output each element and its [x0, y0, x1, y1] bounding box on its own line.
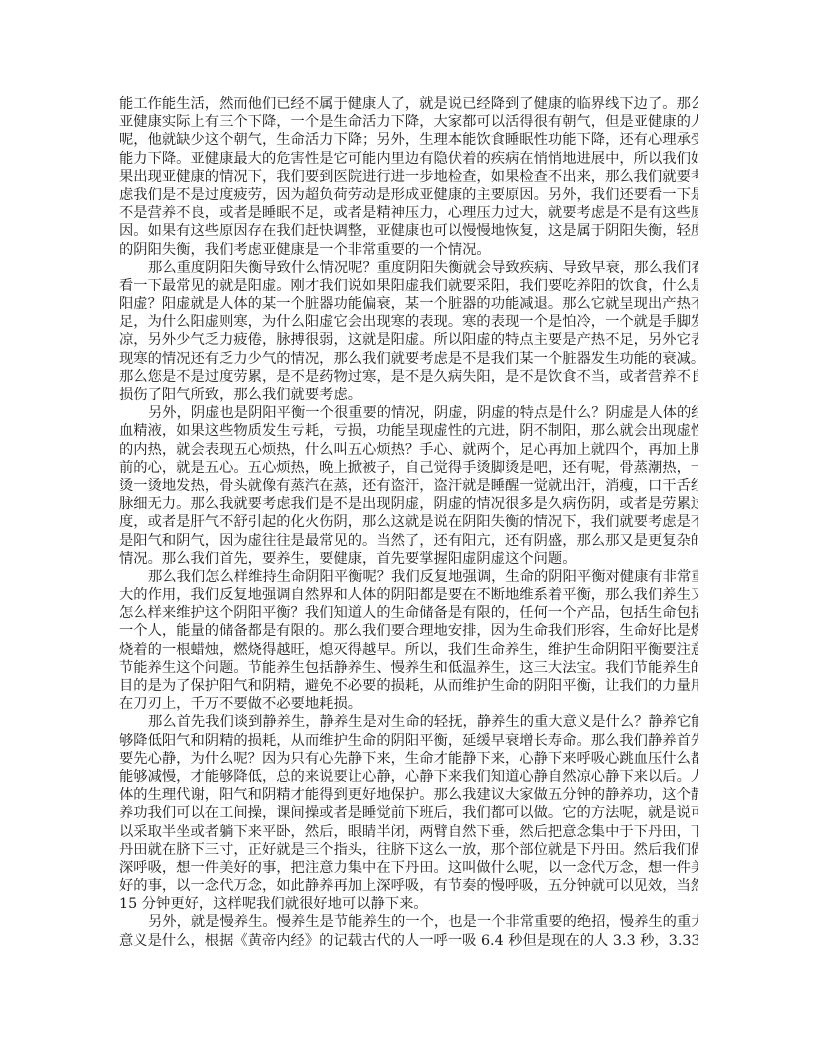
text-line: 呢，他就缺少这个朝气，生命活力下降；另外，生理本能饮食睡眠性功能下降，还有心理承… [119, 131, 698, 149]
text-line: 节能养生这个问题。节能养生包括静养生、慢养生和低温养生，这三大法宝。我们节能养生… [119, 659, 698, 677]
text-line: 度，或者是肝气不舒引起的化火伤阴，那么这就是说在阴阳失衡的情况下，我们就要考虑是… [119, 513, 698, 531]
text-line: 的阴阳失衡，我们考虑亚健康是一个非常重要的一个情况。 [119, 241, 698, 259]
paragraph: 能工作能生活，然而他们已经不属于健康人了，就是说已经降到了健康的临界线下边了。那… [119, 95, 698, 259]
text-line: 15 分钟更好，这样呢我们就很好地可以静下来。 [119, 895, 698, 913]
text-line: 一个人，能量的储备都是有限的。那么我们要合理地安排，因为生命我们形容，生命好比是… [119, 622, 698, 640]
text-line: 那么我们怎么样维持生命阴阳平衡呢？我们反复地强调，生命的阴阳平衡对健康有非常重 [119, 568, 698, 586]
text-line: 在刀刃上，千万不要做不必要地耗损。 [119, 695, 698, 713]
text-line: 目的是为了保护阳气和阴精，避免不必要的损耗，从而维护生命的阴阳平衡，让我们的力量… [119, 677, 698, 695]
text-line: 丹田就在脐下三寸，正好就是三个指头，往脐下这么一放，那个部位就是下丹田。然后我们… [119, 841, 698, 859]
text-line: 前的心，就是五心。五心烦热，晚上掀被子，自己觉得手烫脚烫是吧，还有呢，骨蒸潮热，… [119, 459, 698, 477]
text-line: 能力下降。亚健康最大的危害性是它可能内里边有隐伏着的疾病在悄悄地进展中，所以我们… [119, 150, 698, 168]
text-line: 烫一烫地发热，骨头就像有蒸汽在蒸，还有盗汗，盗汗就是睡醒一觉就出汗，消瘦，口干舌… [119, 477, 698, 495]
text-line: 好的事，以一念代万念，如此静养再加上深呼吸，有节奏的慢呼吸，五分钟就可以见效，当… [119, 877, 698, 895]
text-line: 能工作能生活，然而他们已经不属于健康人了，就是说已经降到了健康的临界线下边了。那… [119, 95, 698, 113]
text-line: 情况。那么我们首先，要养生，要健康，首先要掌握阳虚阴虚这个问题。 [119, 550, 698, 568]
paragraph: 那么我们怎么样维持生命阴阳平衡呢？我们反复地强调，生命的阴阳平衡对健康有非常重大… [119, 568, 698, 714]
text-line: 能够减慢，才能够降低，总的来说要让心静，心静下来我们知道心静自然凉心静下来以后。… [119, 768, 698, 786]
text-line: 是阳气和阴气，因为虚往往是最常见的。当然了，还有阳亢，还有阴盛，那么那又是更复杂… [119, 532, 698, 550]
text-line: 现寒的情况还有乏力少气的情况，那么我们就要考虑是不是我们某一个脏器发生功能的衰减… [119, 350, 698, 368]
text-line: 足，为什么阳虚则寒，为什么阳虚它会出现寒的表现。寒的表现一个是怕冷，一个就是手脚… [119, 313, 698, 331]
text-line: 亚健康实际上有三个下降，一个是生命活力下降，大家都可以活得很有朝气，但是亚健康的… [119, 113, 698, 131]
text-line: 阳虚？阳虚就是人体的某一个脏器功能偏衰，某一个脏器的功能减退。那么它就呈现出产热… [119, 295, 698, 313]
text-line: 烧着的一根蜡烛，燃烧得越旺，熄灭得越早。所以，我们生命养生，维护生命阴阳平衡要注… [119, 641, 698, 659]
text-line: 那么首先我们谈到静养生，静养生是对生命的轻抚，静养生的重大意义是什么？静养它能 [119, 713, 698, 731]
text-line: 够降低阳气和阴精的损耗，从而维护生命的阴阳平衡，延缓早衰增长寿命。那么我们静养首… [119, 732, 698, 750]
text-line: 看一下最常见的就是阳虚。刚才我们说如果阳虚我们就要采阳，我们要吃养阳的饮食，什么… [119, 277, 698, 295]
document-page: 能工作能生活，然而他们已经不属于健康人了，就是说已经降到了健康的临界线下边了。那… [119, 95, 698, 950]
text-line: 怎么样来维护这个阴阳平衡？我们知道人的生命储备是有限的，任何一个产品，包括生命包… [119, 604, 698, 622]
paragraph: 另外，阴虚也是阴阳平衡一个很重要的情况，阴虚，阴虚的特点是什么？阴虚是人体的经血… [119, 404, 698, 568]
paragraph: 另外，就是慢养生。慢养生是节能养生的一个，也是一个非常重要的绝招，慢养生的重大意… [119, 913, 698, 949]
text-line: 因。如果有这些原因存在我们赶快调整，亚健康也可以慢慢地恢复，这是属于阴阳失衡，轻… [119, 222, 698, 240]
text-line: 大的作用，我们反复地强调自然界和人体的阴阳都是要在不断地维系着平衡，那么我们养生… [119, 586, 698, 604]
paragraph: 那么重度阴阳失衡导致什么情况呢？重度阴阳失衡就会导致疾病、导致早衰，那么我们看，… [119, 259, 698, 405]
text-line: 损伤了阳气所致，那么我们就要考虑。 [119, 386, 698, 404]
text-line: 虑我们是不是过度疲劳，因为超负荷劳动是形成亚健康的主要原因。另外，我们还要看一下… [119, 186, 698, 204]
text-line: 脉细无力。那么我就要考虑我们是不是出现阴虚，阴虚的情况很多是久病伤阴，或者是劳累… [119, 495, 698, 513]
text-line: 血精液，如果这些物质发生亏耗，亏损，功能呈现虚性的亢进，阴不制阳，那么就会出现虚… [119, 422, 698, 440]
text-line: 以采取半坐或者躺下来平卧，然后，眼睛半闭，两臂自然下垂，然后把意念集中于下丹田，… [119, 823, 698, 841]
text-line: 凉，另外少气乏力疲倦，脉搏很弱，这就是阳虚。所以阳虚的特点主要是产热不足，另外它… [119, 331, 698, 349]
text-line: 另外，就是慢养生。慢养生是节能养生的一个，也是一个非常重要的绝招，慢养生的重大 [119, 913, 698, 931]
text-line: 体的生理代谢，阳气和阴精才能得到更好地保护。那么我建议大家做五分钟的静养功，这个… [119, 786, 698, 804]
text-line: 另外，阴虚也是阴阳平衡一个很重要的情况，阴虚，阴虚的特点是什么？阴虚是人体的经 [119, 404, 698, 422]
text-line: 那么重度阴阳失衡导致什么情况呢？重度阴阳失衡就会导致疾病、导致早衰，那么我们看， [119, 259, 698, 277]
text-line: 不是营养不良，或者是睡眠不足，或者是精神压力，心理压力过大，就要考虑是不是有这些… [119, 204, 698, 222]
text-line: 果出现亚健康的情况下，我们要到医院进行进一步地检查，如果检查不出来，那么我们就要… [119, 168, 698, 186]
text-line: 养功我们可以在工间操，课间操或者是睡觉前下班后，我们都可以做。它的方法呢，就是说… [119, 804, 698, 822]
text-line: 那么您是不是过度劳累，是不是药物过寒，是不是久病失阳，是不是饮食不当，或者营养不… [119, 368, 698, 386]
paragraph: 那么首先我们谈到静养生，静养生是对生命的轻抚，静养生的重大意义是什么？静养它能够… [119, 713, 698, 913]
text-line: 意义是什么，根据《黄帝内经》的记载古代的人一呼一吸 6.4 秒但是现在的人 3.… [119, 932, 698, 950]
text-line: 要先心静，为什么呢？因为只有心先静下来，生命才能静下来，心静下来呼吸心跳血压什么… [119, 750, 698, 768]
text-line: 深呼吸，想一件美好的事，把注意力集中在下丹田。这叫做什么呢，以一念代万念，想一件… [119, 859, 698, 877]
text-line: 的内热，就会表现五心烦热，什么叫五心烦热？手心、就两个，足心再加上就四个，再加上… [119, 441, 698, 459]
